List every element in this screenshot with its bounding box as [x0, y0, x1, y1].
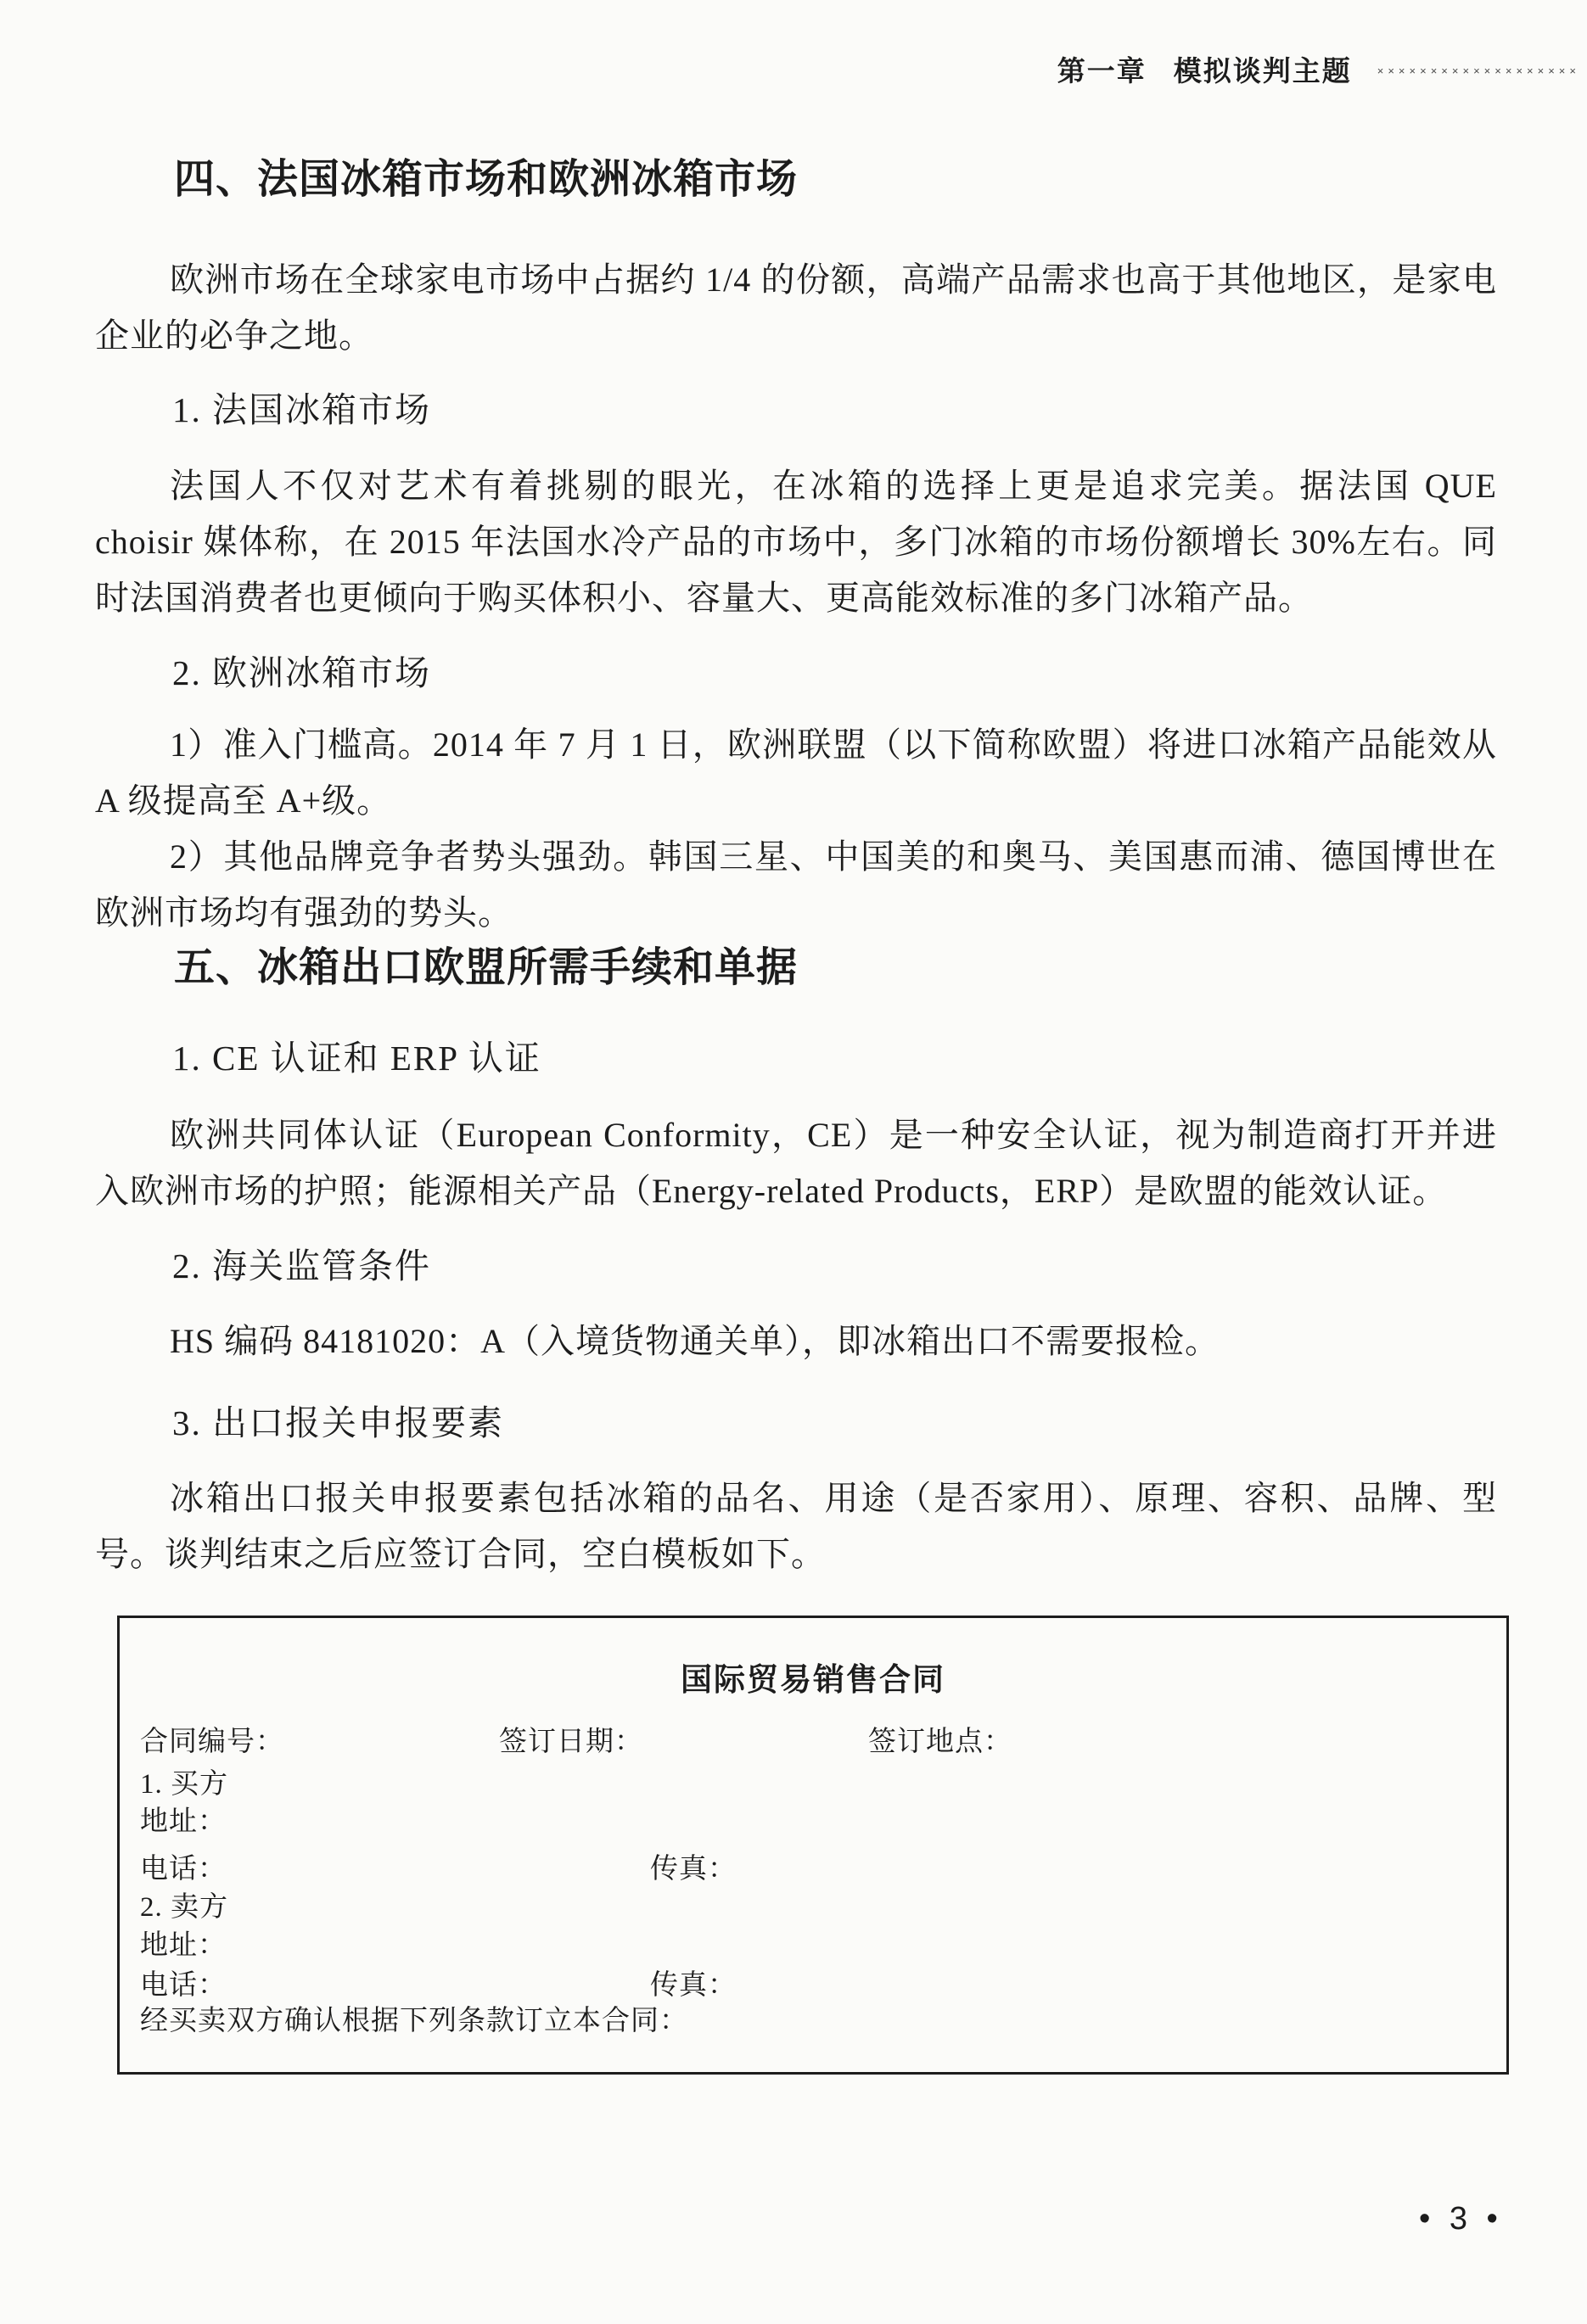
contract-title: 国际贸易销售合同: [120, 1654, 1506, 1700]
subsection-heading-french-fridge-market: 1. 法国冰箱市场: [172, 389, 431, 431]
seller-heading: 2. 卖方: [140, 1889, 228, 1926]
paragraph-hs-code: HS 编码 84181020：A（入境货物通关单），即冰箱出口不需要报检。: [95, 1313, 1497, 1369]
book-page: 第一章 模拟谈判主题 ××××××××××××××××××× 四、法国冰箱市场和…: [0, 0, 1587, 2324]
seller-address-label: 地址：: [140, 1927, 227, 1964]
section-heading-export-procedures: 五、冰箱出口欧盟所需手续和单据: [174, 944, 798, 993]
contract-template-box: 国际贸易销售合同 合同编号： 签订日期： 签订地点： 1. 买方 地址： 电话：…: [117, 1616, 1509, 2075]
paragraph-europe-market-intro: 欧洲市场在全球家电市场中占据约 1/4 的份额，高端产品需求也高于其他地区，是家…: [95, 252, 1497, 364]
paragraph-entry-threshold: 1）准入门槛高。2014 年 7 月 1 日，欧洲联盟（以下简称欧盟）将进口冰箱…: [95, 717, 1497, 829]
paragraph-brand-competition: 2）其他品牌竞争者势头强劲。韩国三星、中国美的和奥马、美国惠而浦、德国博世在欧洲…: [95, 829, 1497, 941]
section-heading-french-and-european-market: 四、法国冰箱市场和欧洲冰箱市场: [174, 155, 798, 204]
confirmation-clause: 经买卖双方确认根据下列条款订立本合同：: [140, 2002, 688, 2040]
confirmation-clause-row: 经买卖双方确认根据下列条款订立本合同：: [120, 2002, 1506, 2040]
sign-date-label: 签订日期：: [499, 1723, 643, 1761]
european-market-points: 1）准入门槛高。2014 年 7 月 1 日，欧洲联盟（以下简称欧盟）将进口冰箱…: [95, 717, 1497, 941]
seller-phone-label: 电话：: [140, 1967, 227, 2004]
subsection-heading-export-declaration: 3. 出口报关申报要素: [172, 1402, 504, 1444]
paragraph-export-declaration: 冰箱出口报关申报要素包括冰箱的品名、用途（是否家用）、原理、容积、品牌、型号。谈…: [95, 1470, 1497, 1582]
seller-address-row: 地址：: [120, 1927, 1506, 1964]
subsection-heading-ce-erp-certification: 1. CE 认证和 ERP 认证: [172, 1037, 541, 1079]
buyer-phone-fax-row: 电话： 传真：: [120, 1851, 1506, 1888]
subsection-heading-customs-supervision: 2. 海关监管条件: [172, 1245, 431, 1287]
paragraph-ce-erp-certification: 欧洲共同体认证（European Conformity，CE）是一种安全认证，视…: [95, 1107, 1497, 1219]
chapter-title: 模拟谈判主题: [1174, 49, 1352, 89]
contract-meta-row: 合同编号： 签订日期： 签订地点：: [120, 1723, 1506, 1761]
page-number: • 3 •: [1419, 2201, 1503, 2237]
running-header: 第一章 模拟谈判主题 ×××××××××××××××××××: [0, 49, 1580, 89]
seller-heading-row: 2. 卖方: [120, 1889, 1506, 1926]
header-dots-decoration: ×××××××××××××××××××: [1377, 64, 1580, 77]
sign-place-label: 签订地点：: [868, 1723, 1012, 1761]
buyer-heading-row: 1. 买方: [120, 1766, 1506, 1803]
contract-no-label: 合同编号：: [140, 1723, 284, 1761]
chapter-number: 第一章: [1057, 49, 1147, 89]
seller-phone-fax-row: 电话： 传真：: [120, 1967, 1506, 2004]
paragraph-french-fridge-market: 法国人不仅对艺术有着挑剔的眼光，在冰箱的选择上更是追求完美。据法国 QUE ch…: [95, 458, 1497, 626]
buyer-phone-label: 电话：: [140, 1851, 227, 1888]
buyer-address-label: 地址：: [140, 1803, 227, 1840]
buyer-address-row: 地址：: [120, 1803, 1506, 1840]
buyer-fax-label: 传真：: [650, 1851, 737, 1888]
buyer-heading: 1. 买方: [140, 1766, 228, 1803]
seller-fax-label: 传真：: [650, 1967, 737, 2004]
subsection-heading-european-fridge-market: 2. 欧洲冰箱市场: [172, 652, 431, 694]
